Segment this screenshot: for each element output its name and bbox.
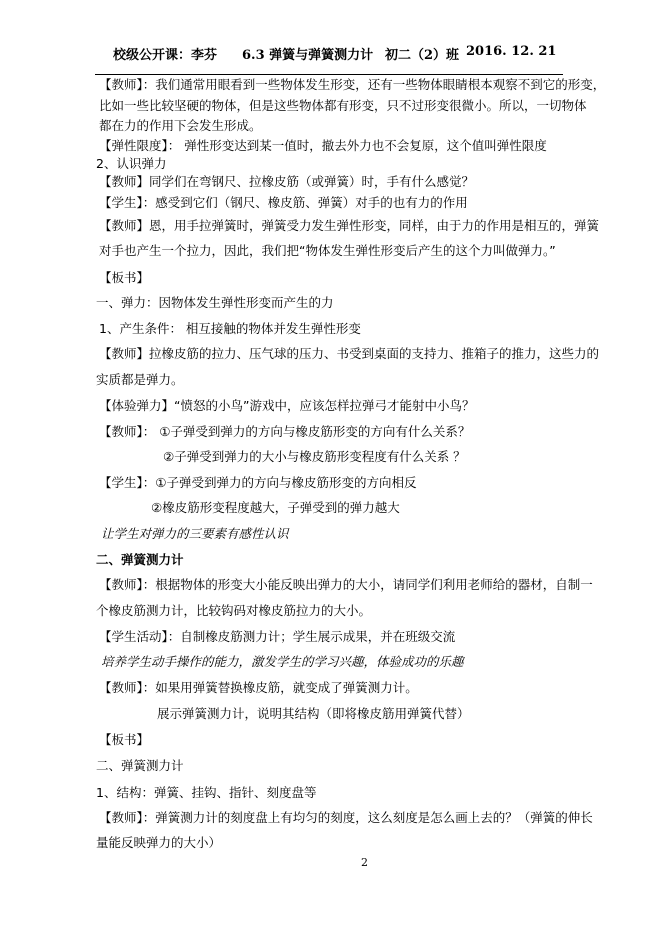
paragraph-line: 【教师】：根据物体的形变大小能反映出弹力的大小，请同学们利用老师给的器材，自制一 bbox=[99, 577, 593, 593]
paragraph-line: 实质都是弹力。 bbox=[96, 372, 184, 388]
paragraph-line: 对手也产生一个拉力，因此，我们把“物体发生弹性形变后产生的这个力叫做弹力。” bbox=[99, 243, 556, 259]
teaching-note: 让学生对弹力的三要素有感性认识 bbox=[101, 526, 289, 542]
paragraph-line: 【教师】：弹簧测力计的刻度盘上有均匀的刻度，这么刻度是怎么画上去的？（弹簧的伸长 bbox=[99, 810, 593, 826]
answer-line: 【学生】：①子弹受到弹力的方向与橡皮筋形变的方向相反 bbox=[99, 475, 416, 491]
header-divider bbox=[95, 74, 563, 75]
question-line: 【教师】： ①子弹受到弹力的方向与橡皮筋形变的方向有什么关系？ bbox=[99, 424, 470, 440]
paragraph-line: 【学生活动】：自制橡皮筋测力计；学生展示成果，并在班级交流 bbox=[99, 629, 455, 645]
header-date: 2016. 12. 21 bbox=[466, 44, 556, 59]
document-page: 校级公开课：李芬 6.3 弹簧与弹簧测力计 初二（2）班 2016. 12. 2… bbox=[0, 0, 661, 935]
paragraph-line: 【教师】：如果用弹簧替换橡皮筋，就变成了弹簧测力计。 bbox=[99, 680, 418, 696]
section-heading: 二、弹簧测力计 bbox=[96, 758, 184, 774]
paragraph-line: 都在力的作用下会发生形成。 bbox=[99, 118, 262, 134]
board-note-label: 【板书】 bbox=[99, 270, 149, 286]
teaching-note: 培养学生动手操作的能力，激发学生的学习兴趣，体验成功的乐趣 bbox=[101, 654, 464, 670]
answer-line: ②橡皮筋形变程度越大，子弹受到的弹力越大 bbox=[151, 500, 400, 516]
paragraph-line: 1、产生条件： 相互接触的物体并发生弹性形变 bbox=[99, 321, 361, 337]
paragraph-line: 比如一些比较坚硬的物体，但是这些物体都有形变，只不过形变很微小。所以，一切物体 bbox=[99, 98, 587, 114]
question-line: ②子弹受到弹力的大小与橡皮筋形变程度有什么关系 ？ bbox=[163, 449, 466, 465]
section-heading: 2、认识弹力 bbox=[96, 156, 166, 172]
section-heading: 二、弹簧测力计 bbox=[96, 552, 184, 568]
paragraph-line: 【教师】恩，用手拉弹簧时，弹簧受力发生弹性形变，同样，由于力的作用是相互的，弹簧 bbox=[99, 218, 599, 234]
paragraph-line: 【学生】：感受到它们（钢尺、橡皮筋、弹簧）对手的也有力的作用 bbox=[99, 195, 468, 211]
page-header: 校级公开课：李芬 6.3 弹簧与弹簧测力计 初二（2）班 2016. 12. 2… bbox=[95, 44, 563, 64]
paragraph-line: 1、结构：弹簧、挂钩、指针、刻度盘等 bbox=[96, 785, 316, 801]
paragraph-line: 个橡皮筋测力计，比较钩码对橡皮筋拉力的大小。 bbox=[96, 603, 371, 619]
paragraph-line: 【体验弹力】“愤怒的小鸟”游戏中，应该怎样拉弹弓才能射中小鸟？ bbox=[99, 398, 474, 414]
header-lesson-title: 6.3 弹簧与弹簧测力计 bbox=[242, 44, 373, 63]
page-number: 2 bbox=[361, 856, 368, 869]
elastic-limit-definition: 【弹性限度】： 弹性形变达到某一值时，撤去外力也不会复原，这个值叫弹性限度 bbox=[99, 138, 547, 154]
paragraph-line: 【教师】：我们通常用眼看到一些物体发生形变，还有一些物体眼睛根本观察不到它的形变… bbox=[99, 77, 605, 93]
paragraph-line: 【教师】拉橡皮筋的拉力、压气球的压力、书受到桌面的支持力、推箱子的推力，这些力的 bbox=[99, 346, 599, 362]
board-note-label: 【板书】 bbox=[99, 732, 149, 748]
paragraph-line: 【教师】同学们在弯钢尺、拉橡皮筋（或弹簧）时，手有什么感觉？ bbox=[99, 174, 474, 190]
header-school-teacher: 校级公开课：李芬 bbox=[113, 44, 217, 63]
section-heading: 一、弹力：因物体发生弹性形变而产生的力 bbox=[96, 295, 334, 311]
header-class: 初二（2）班 bbox=[385, 44, 459, 63]
paragraph-line: 展示弹簧测力计，说明其结构（即将橡皮筋用弹簧代替） bbox=[157, 706, 470, 722]
paragraph-line: 量能反映弹力的大小） bbox=[96, 835, 221, 851]
